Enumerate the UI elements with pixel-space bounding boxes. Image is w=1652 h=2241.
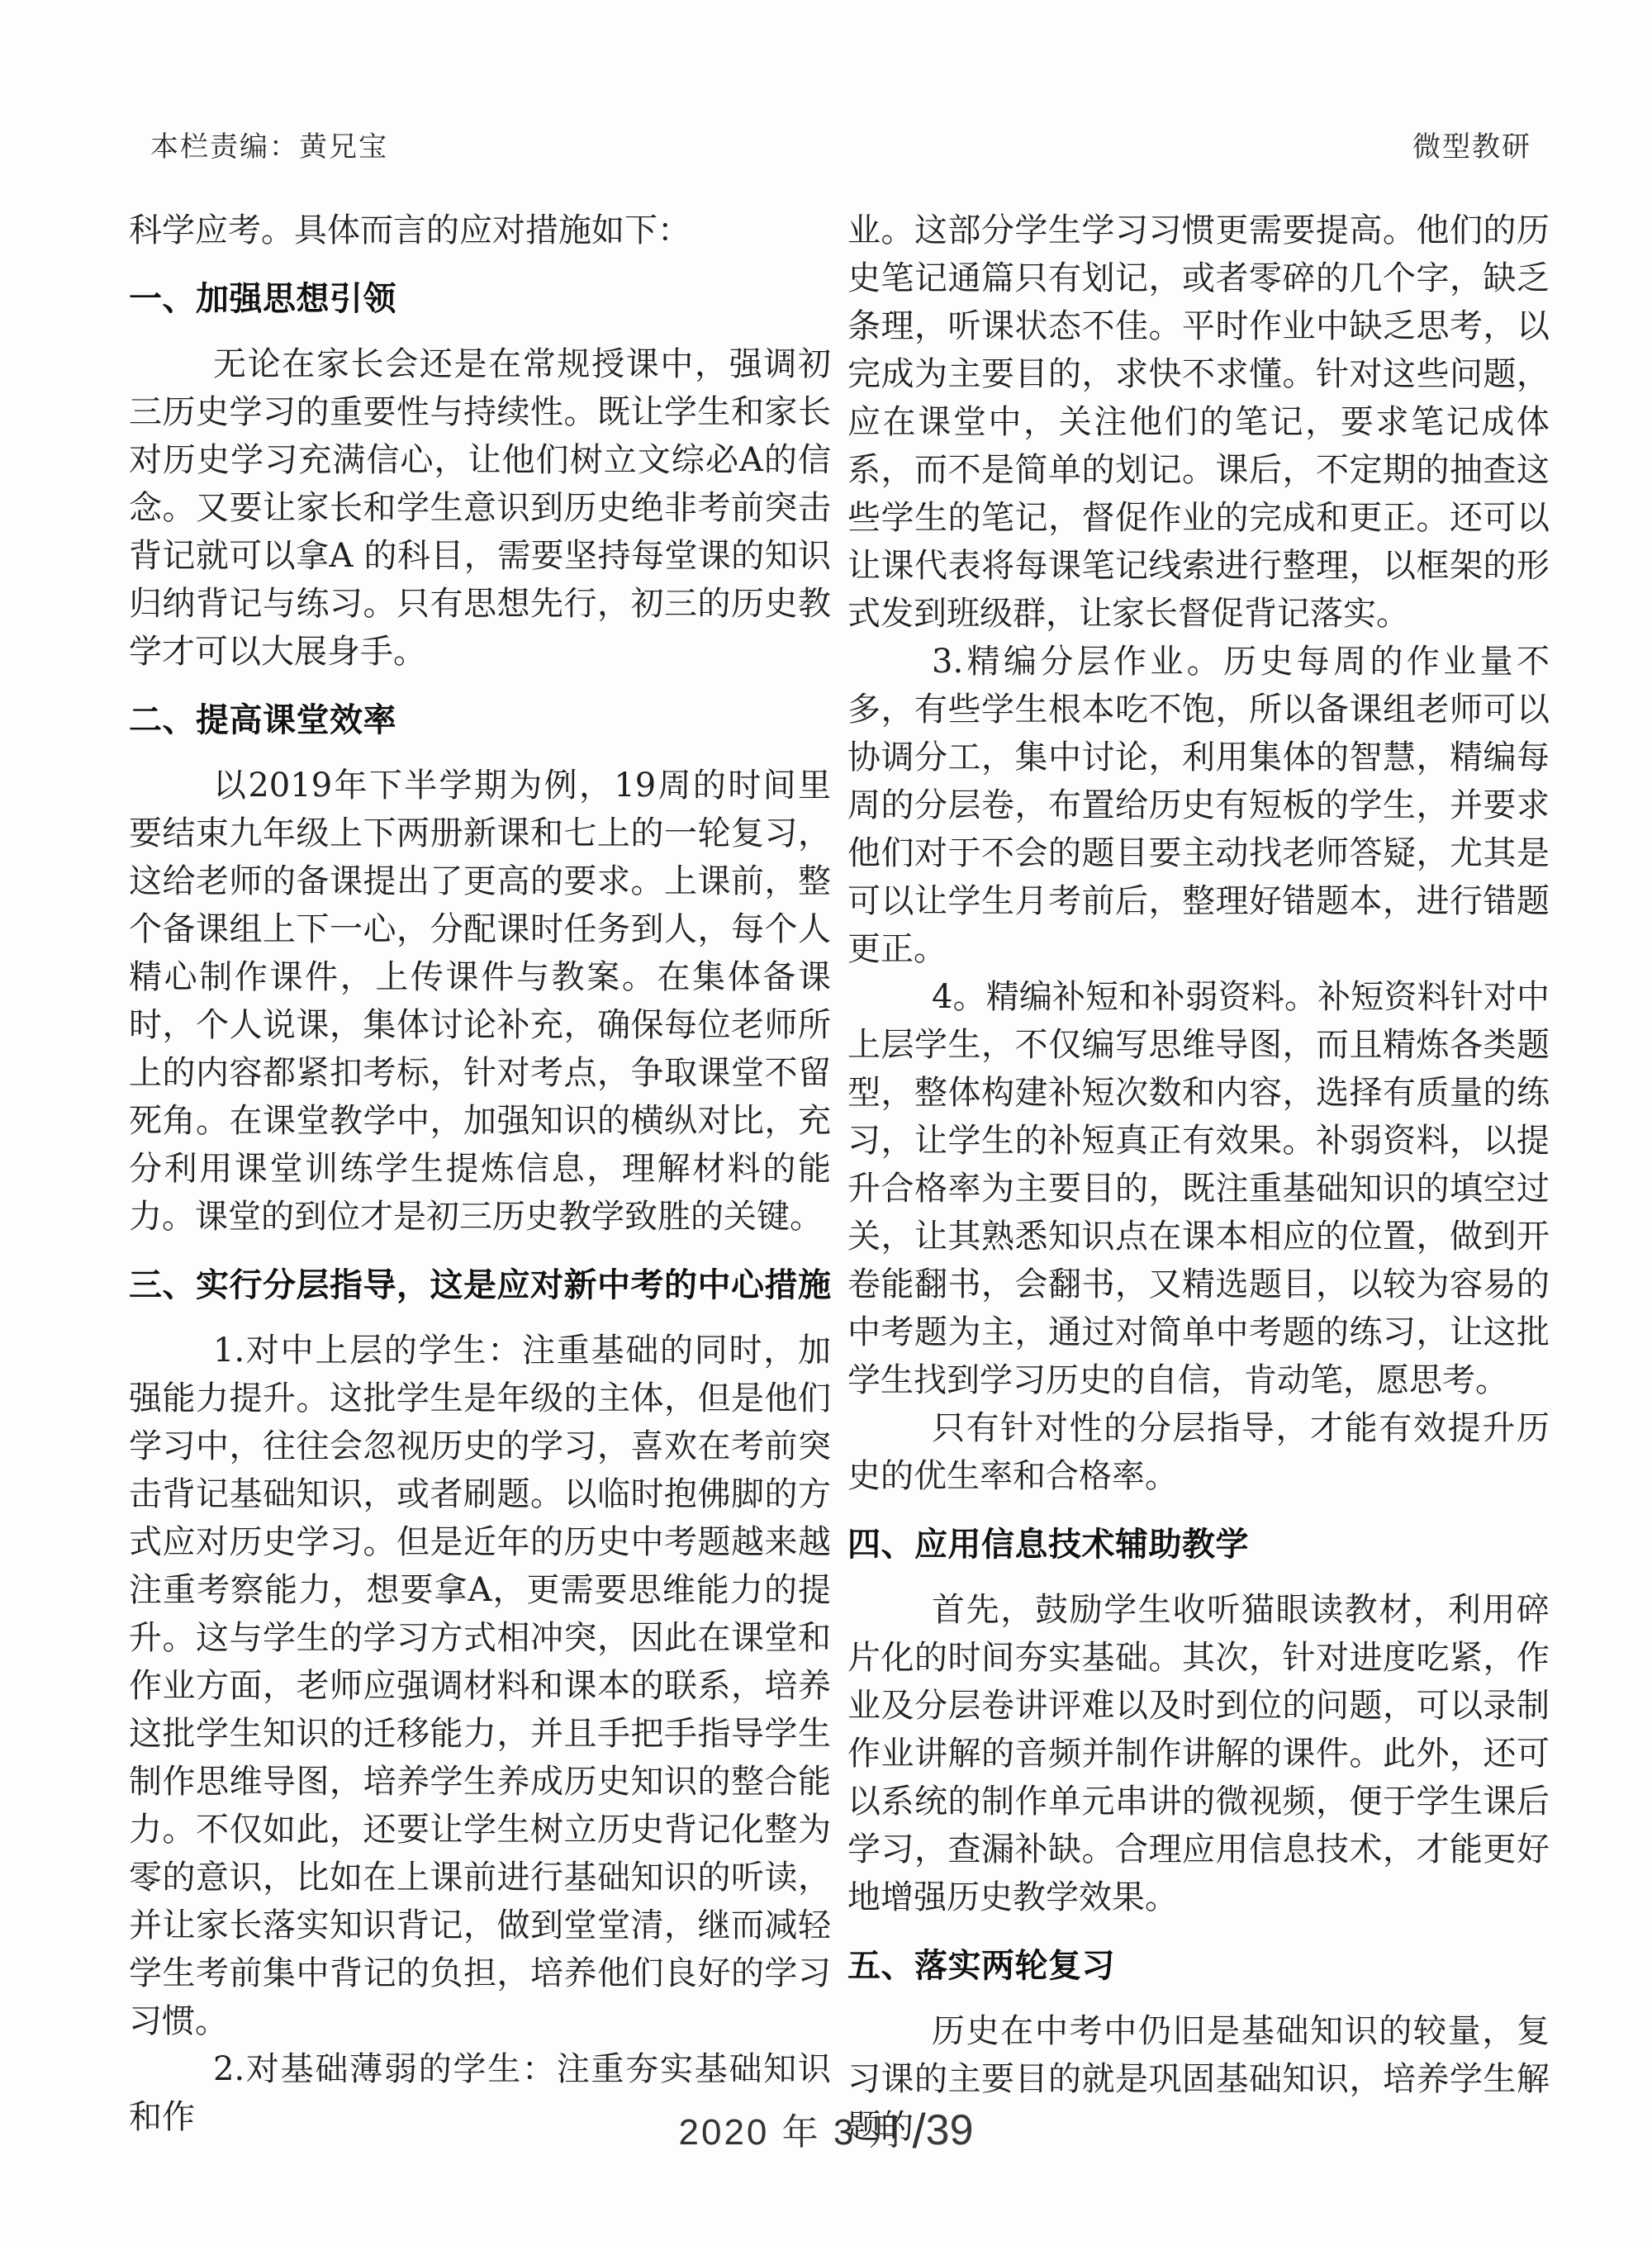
section-title-label: 微型教研 xyxy=(1412,124,1531,164)
page-footer: 2020 年 3 月/39 xyxy=(0,2102,1652,2159)
column-editor-label: 本栏责编：黄兄宝 xyxy=(150,124,388,164)
body-paragraph: 无论在家长会还是在常规授课中，强调初三历史学习的重要性与持续性。既让学生和家长对… xyxy=(129,340,831,676)
body-paragraph: 只有针对性的分层指导，才能有效提升历史的优生率和合格率。 xyxy=(847,1404,1550,1500)
body-paragraph: 以2019年下半学期为例，19周的时间里要结束九年级上下两册新课和七上的一轮复习… xyxy=(129,762,831,1241)
body-paragraph: 1.对中上层的学生：注重基础的同时，加强能力提升。这批学生是年级的主体，但是他们… xyxy=(129,1327,831,2045)
body-paragraph: 首先，鼓励学生收听猫眼读教材，利用碎片化的时间夯实基础。其次，针对进度吃紧，作业… xyxy=(847,1586,1550,1921)
section-heading: 四、应用信息技术辅助教学 xyxy=(847,1522,1550,1568)
section-heading: 一、加强思想引领 xyxy=(129,276,831,322)
section-heading: 二、提高课堂效率 xyxy=(129,697,831,743)
footer-separator: / xyxy=(908,2105,926,2158)
body-paragraph: 4。精编补短和补弱资料。补短资料针对中上层学生，不仅编写思维导图，而且精炼各类题… xyxy=(847,973,1550,1404)
footer-page-number: 39 xyxy=(926,2106,974,2154)
footer-date: 2020 年 3 月 xyxy=(679,2112,908,2153)
right-column: 业。这部分学生学习习惯更需要提高。他们的历史笔记通篇只有划记，或者零碎的几个字，… xyxy=(847,207,1550,2151)
scanned-article-page: 本栏责编：黄兄宝 微型教研 科学应考。具体而言的应对措施如下：一、加强思想引领无… xyxy=(0,0,1652,2241)
page-header: 本栏责编：黄兄宝 微型教研 xyxy=(150,124,1531,164)
body-paragraph: 3.精编分层作业。历史每周的作业量不多，有些学生根本吃不饱，所以备课组老师可以协… xyxy=(847,638,1550,973)
section-heading: 三、实行分层指导，这是应对新中考的中心措施 xyxy=(129,1262,831,1308)
body-paragraph: 科学应考。具体而言的应对措施如下： xyxy=(129,207,831,254)
left-column: 科学应考。具体而言的应对措施如下：一、加强思想引领无论在家长会还是在常规授课中，… xyxy=(129,207,831,2141)
section-heading: 五、落实两轮复习 xyxy=(847,1943,1550,1989)
body-paragraph: 业。这部分学生学习习惯更需要提高。他们的历史笔记通篇只有划记，或者零碎的几个字，… xyxy=(847,207,1550,638)
